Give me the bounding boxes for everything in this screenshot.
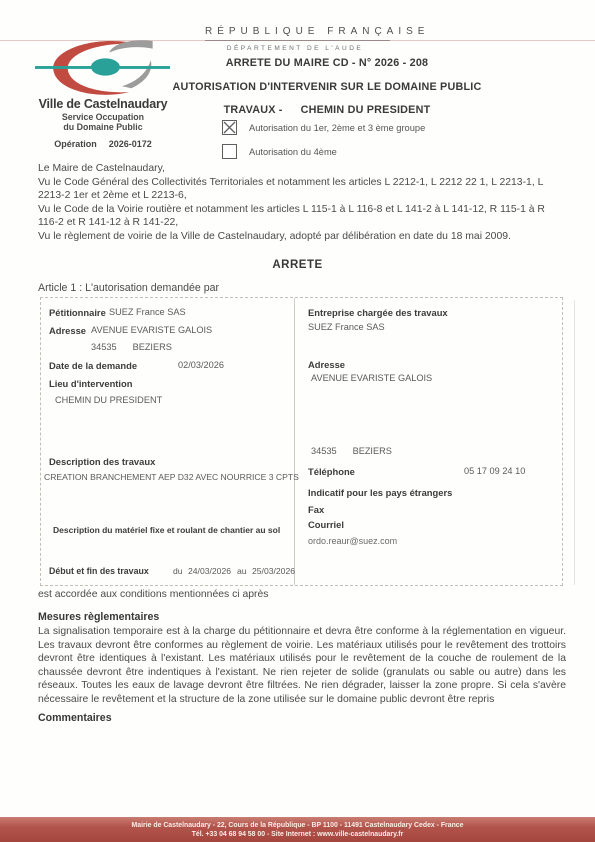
- petitioner-cell: Pétitionnaire SUEZ France SAS Adresse AV…: [41, 298, 294, 585]
- unchecked-checkbox-icon[interactable]: [222, 144, 237, 159]
- scan-artifact-edge: [574, 300, 575, 585]
- description-materiel-label: Description du matériel fixe et roulant …: [53, 525, 280, 535]
- checkbox-row-group4: Autorisation du 4ème: [222, 144, 337, 159]
- footer-band: Mairie de Castelnaudary - 22, Cours de l…: [0, 817, 595, 842]
- footer-contact-line: Tél. +33 04 68 94 58 00 - Site Internet …: [0, 830, 595, 839]
- footer-address-line: Mairie de Castelnaudary - 22, Cours de l…: [0, 821, 595, 830]
- au-label: au: [237, 566, 247, 576]
- indicatif-label: Indicatif pour les pays étrangers: [308, 487, 452, 498]
- courriel-value: ordo.reaur@suez.com: [308, 536, 397, 546]
- mesures-body: La signalisation temporaire est à la cha…: [38, 625, 566, 706]
- description-travaux-label: Description des travaux: [49, 456, 155, 467]
- adresse-value: AVENUE EVARISTE GALOIS: [91, 325, 212, 335]
- adresse-label: Adresse: [49, 325, 86, 336]
- date-debut-value: 24/03/2026: [188, 566, 231, 576]
- courriel-label: Courriel: [308, 519, 344, 530]
- granted-conditions-line: est accordée aux conditions mentionnées …: [38, 589, 268, 600]
- debut-fin-label: Début et fin des travaux: [49, 566, 149, 576]
- travaux-location: CHEMIN DU PRESIDENT: [301, 104, 431, 116]
- entreprise-postal-city: 34535BEZIERS: [311, 446, 392, 456]
- logo-service-line2: du Domaine Public: [8, 122, 198, 132]
- permit-table: Pétitionnaire SUEZ France SAS Adresse AV…: [40, 297, 563, 586]
- checkbox-label-group4: Autorisation du 4ème: [249, 147, 337, 157]
- date-demande-value: 02/03/2026: [178, 360, 224, 370]
- petitionnaire-label: Pétitionnaire: [49, 307, 106, 318]
- du-label: du: [173, 566, 183, 576]
- document-page: Ville de Castelnaudary Service Occupatio…: [0, 0, 595, 842]
- preamble-line3: Vu le Code de la Voirie routière et nota…: [38, 203, 565, 230]
- telephone-value: 05 17 09 24 10: [464, 466, 525, 476]
- operation-number: Opération2026-0172: [8, 139, 198, 149]
- entreprise-adresse-value: AVENUE EVARISTE GALOIS: [311, 373, 432, 383]
- entreprise-label: Entreprise chargée des travaux: [308, 307, 448, 318]
- entreprise-value: SUEZ France SAS: [308, 322, 385, 332]
- date-fin-value: 25/03/2026: [252, 566, 295, 576]
- fax-label: Fax: [308, 504, 324, 515]
- travaux-title: TRAVAUX -CHEMIN DU PRESIDENT: [167, 104, 487, 116]
- checkbox-row-group123: Autorisation du 1er, 2ème et 3 ème group…: [222, 120, 425, 135]
- preamble-text: Le Maire de Castelnaudary, Vu le Code Gé…: [38, 162, 565, 244]
- date-demande-label: Date de la demande: [49, 360, 137, 371]
- arrete-number-title: ARRETE DU MAIRE CD - N° 2026 - 208: [167, 57, 487, 69]
- checked-checkbox-icon[interactable]: [222, 120, 237, 135]
- operation-label: Opération: [54, 139, 97, 149]
- arrete-heading: ARRETE: [0, 259, 595, 271]
- preamble-line4: Vu le règlement de voirie de la Ville de…: [38, 230, 565, 244]
- telephone-label: Téléphone: [308, 466, 355, 477]
- postal-city: 34535BEZIERS: [91, 342, 172, 352]
- lieu-value: CHEMIN DU PRESIDENT: [55, 395, 162, 405]
- preamble-line1: Le Maire de Castelnaudary,: [38, 162, 565, 176]
- castelnaudary-logo-icon: [35, 38, 170, 96]
- mesures-title: Mesures règlementaires: [38, 611, 159, 623]
- commentaires-heading: Commentaires: [38, 712, 112, 724]
- operation-value: 2026-0172: [109, 139, 152, 149]
- article1-heading: Article 1 : L'autorisation demandée par: [38, 282, 219, 294]
- travaux-label: TRAVAUX -: [224, 104, 283, 116]
- departement-heading: DÉPARTEMENT DE L'AUDE: [165, 45, 425, 52]
- lieu-label: Lieu d'intervention: [49, 378, 132, 389]
- checkbox-label-group123: Autorisation du 1er, 2ème et 3 ème group…: [249, 123, 425, 133]
- republique-francaise-heading: RÉPUBLIQUE FRANÇAISE: [205, 26, 390, 41]
- description-travaux-value: CREATION BRANCHEMENT AEP D32 AVEC NOURRI…: [44, 472, 299, 482]
- autorisation-title: AUTORISATION D'INTERVENIR SUR LE DOMAINE…: [167, 81, 487, 93]
- contractor-cell: Entreprise chargée des travaux SUEZ Fran…: [294, 298, 562, 585]
- preamble-line2: Vu le Code Général des Collectivités Ter…: [38, 176, 565, 203]
- entreprise-adresse-label: Adresse: [308, 359, 345, 370]
- petitionnaire-value: SUEZ France SAS: [109, 307, 186, 317]
